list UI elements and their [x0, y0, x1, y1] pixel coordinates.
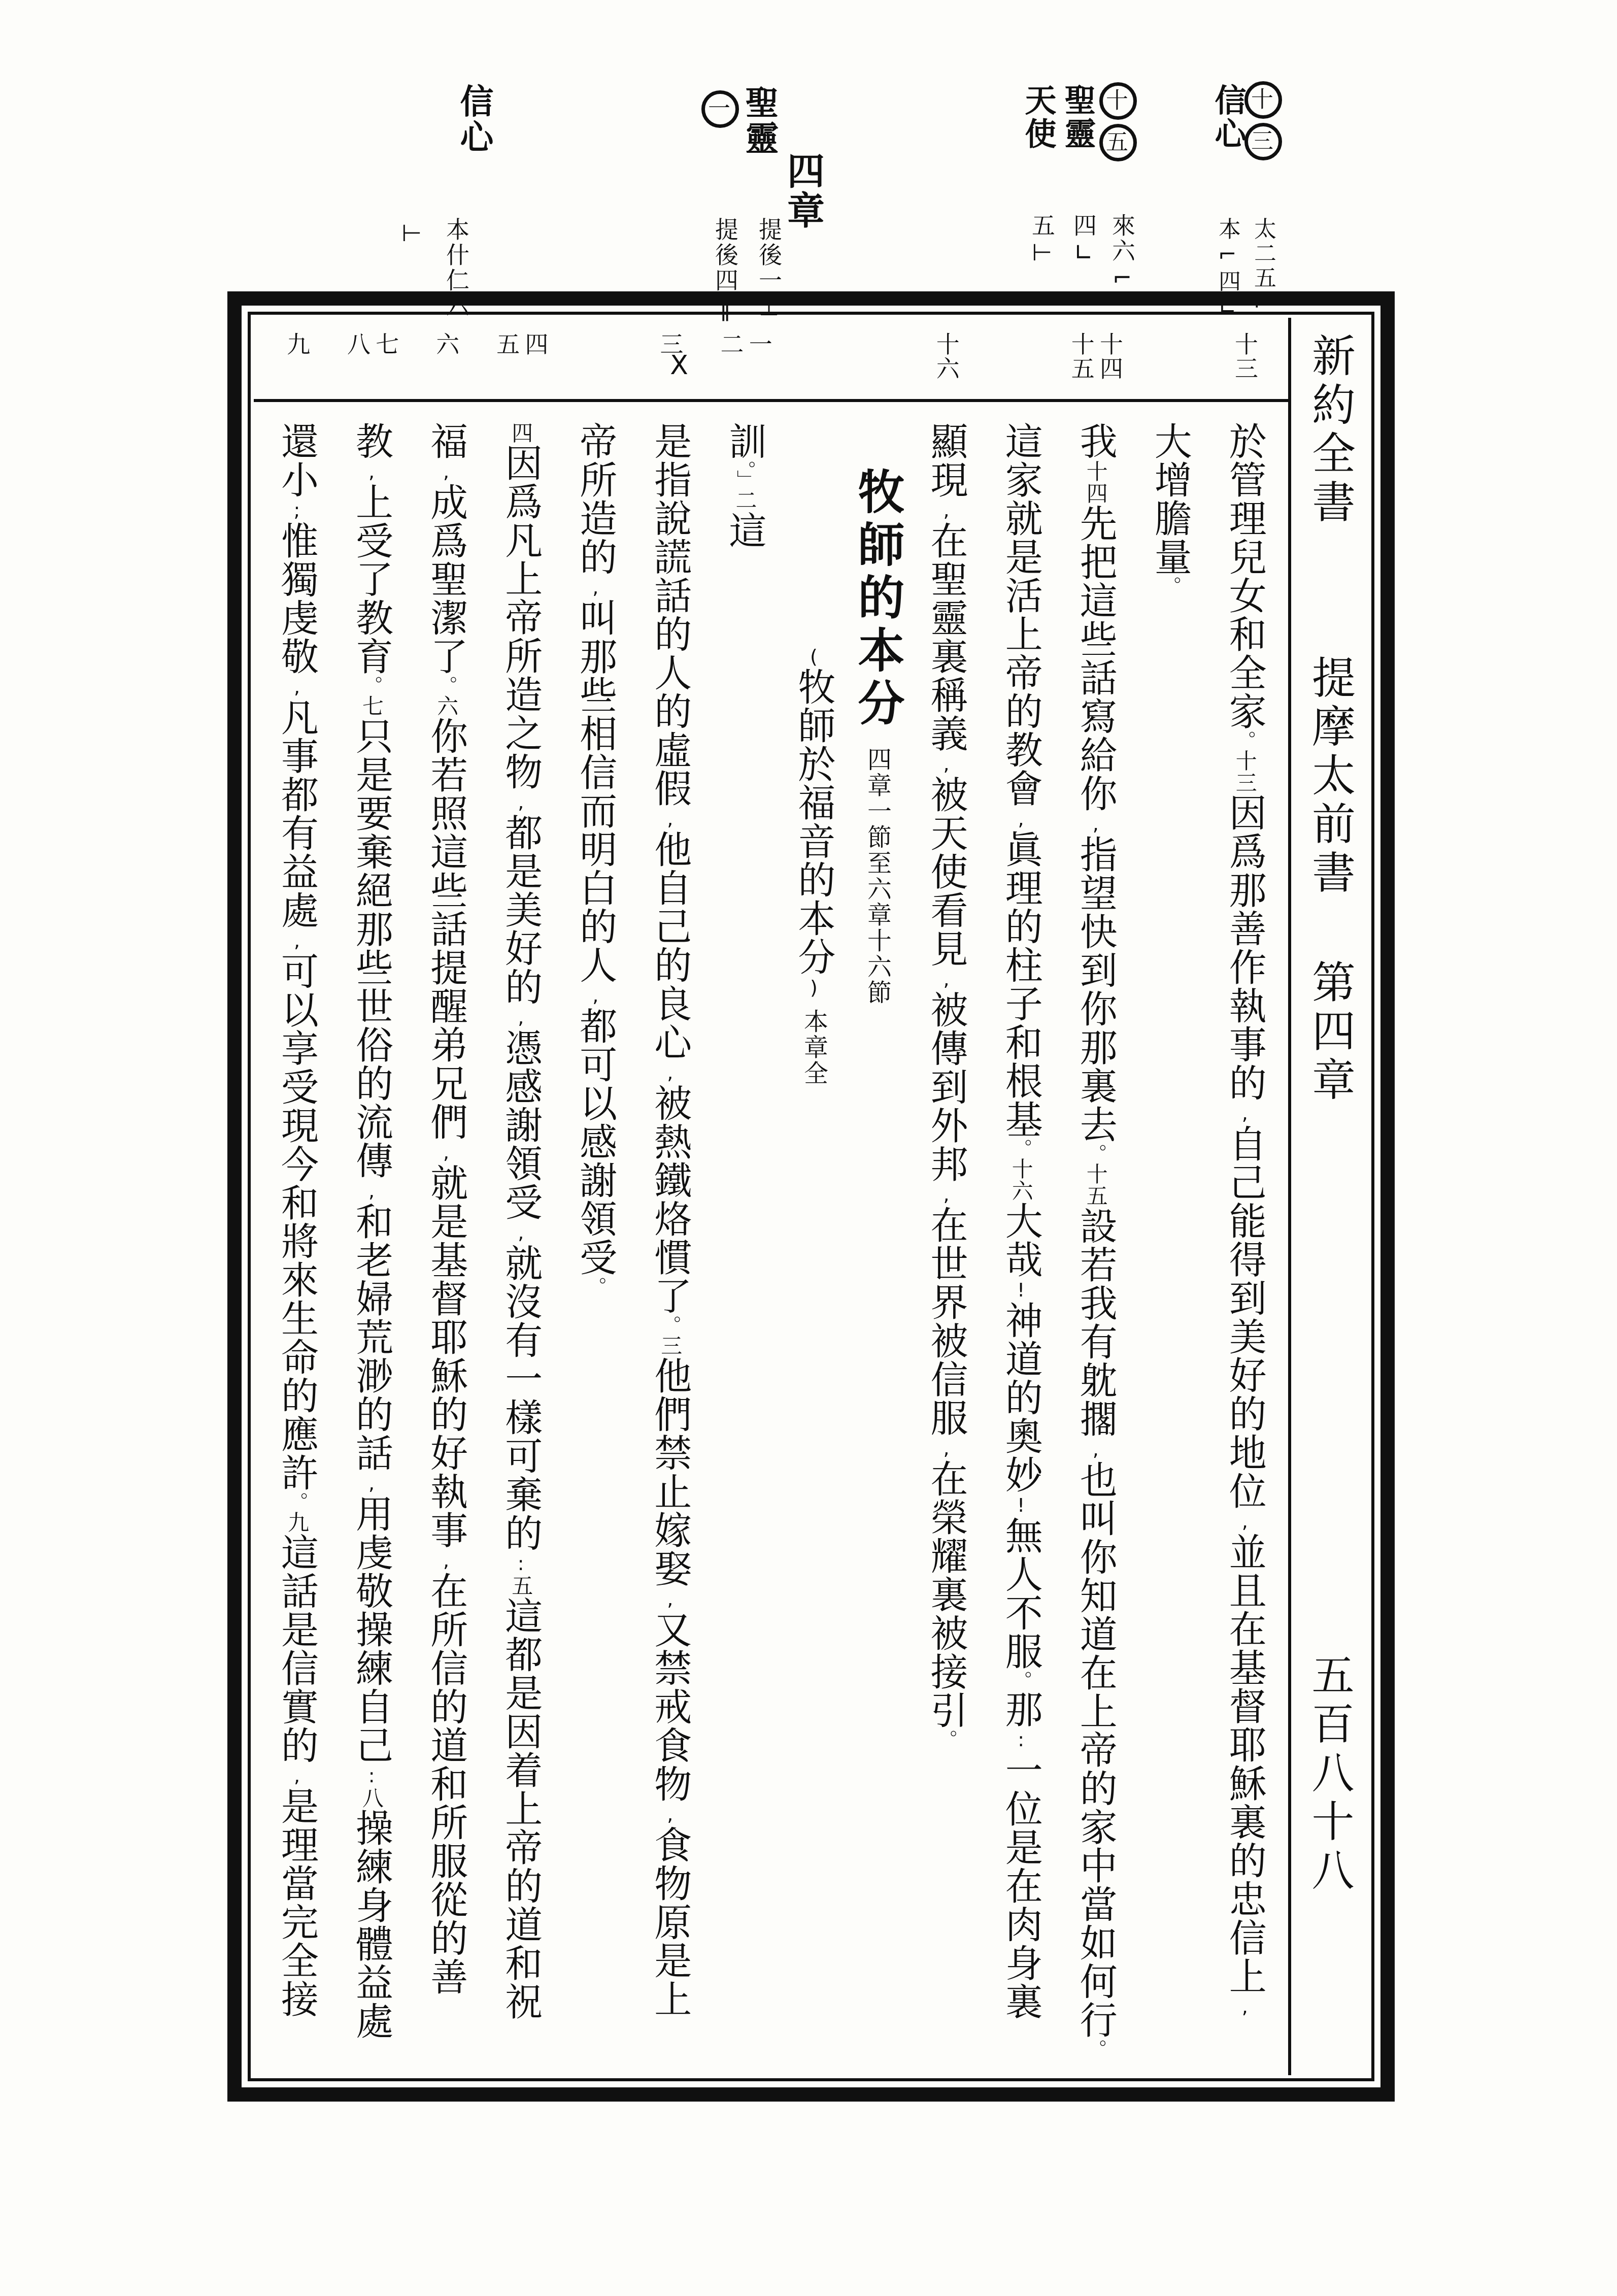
margin-note-circles: 一 [701, 90, 739, 128]
verse-number: 五 [494, 332, 519, 356]
punctuation: 。 [935, 1729, 958, 1749]
verse-marker: 十三 [1233, 750, 1258, 793]
scanned-scripture-page: 信心本什仁六⊢X一提後四‖聖靈提後一⊥四章天使五⊢聖靈四∟十五來六⌐信心本⌐四∟… [0, 0, 1617, 2296]
column-verse5-6: 六福,成爲聖潔了。六你若照這些話提醒弟兄們,就是基督耶穌的好執事,在所信的道和所… [410, 318, 482, 2075]
verse-number: 十六 [934, 332, 958, 381]
punctuation: 。 [286, 1492, 308, 1511]
punctuation: , [584, 576, 607, 598]
margin-note-label: 天使 [1022, 84, 1054, 151]
verse-marker: 四 [509, 422, 533, 444]
punctuation: 」 [733, 470, 756, 489]
punctuation: , [286, 929, 308, 952]
margin-cross-references: 信心本什仁六⊢X一提後四‖聖靈提後一⊥四章天使五⊢聖靈四∟十五來六⌐信心本⌐四∟… [0, 0, 1617, 292]
verse-marker: 六 [434, 695, 459, 717]
column-text: 福,成爲聖潔了。六你若照這些話提醒弟兄們,就是基督耶穌的好執事,在所信的道和所服… [410, 422, 482, 2075]
punctuation: , [360, 460, 383, 483]
column-text: 帝所造的,叫那些相信而明白的人,都可以感謝領受。 [559, 422, 631, 2075]
column-section-heading: 牧師的本分四章一節至六章十六節 [847, 318, 908, 2075]
punctuation: , [1010, 808, 1032, 830]
punctuation: 。 [1085, 1144, 1107, 1163]
punctuation: 。 [1010, 1671, 1032, 1690]
column-verse13: 十三於管理兒女和全家。十三因爲那善作執事的,自己能得到美好的地位,並且在基督耶穌… [1209, 318, 1281, 2075]
margin-note-ref: 五⊢ [1030, 213, 1054, 268]
column-text: 教,上受了教育。七只是要棄絕那些世俗的流傳,和老婦荒渺的話,用虔敬操練自己:八操… [335, 422, 408, 2075]
heading-note: 本章全 [799, 1009, 828, 1086]
spacer [811, 422, 816, 645]
verse-marker: 十四 [1084, 460, 1108, 504]
spacer [811, 999, 816, 1009]
punctuation: , [360, 1180, 383, 1202]
column-verse14-15: 十四十五我十四先把這些話寫給你,指望快到你那裏去。十五設若我有躭擱,也叫你知道在… [1060, 318, 1132, 2075]
verse-marker: 三 [658, 1335, 683, 1356]
scripture-text-area: 十三於管理兒女和全家。十三因爲那善作執事的,自己能得到美好的地位,並且在基督耶穌… [254, 318, 1288, 2075]
punctuation: : [1010, 1728, 1032, 1751]
verse-marker: 八 [359, 1787, 384, 1809]
punctuation: 。 [584, 1277, 607, 1296]
spacer [875, 731, 880, 747]
punctuation: , [935, 1183, 958, 1206]
punctuation: 。 [1085, 2039, 1107, 2058]
punctuation: , [659, 1803, 681, 1825]
margin-note-ref: 四∟ [1072, 213, 1095, 268]
circled-verse-number: 十 [1099, 82, 1137, 120]
page-number: 五百八十八 [1308, 1653, 1351, 1896]
verse-number: 二 [718, 332, 743, 356]
spacer [875, 422, 880, 468]
section-heading: 牧師的本分 [851, 468, 905, 731]
column-text: 顯現,在聖靈裏稱義,被天使看見,被傳到外邦,在世界被信服,在榮耀裏被接引。 [911, 422, 983, 2075]
chapter-title: 第四章 [1304, 959, 1355, 1106]
punctuation: , [510, 791, 532, 813]
column-subsection-heading: (牧師於福音的本分)本章全 [783, 318, 844, 2075]
running-title: 新約全書提摩太前書第四章 [1308, 333, 1352, 1106]
punctuation: , [1234, 1510, 1256, 1533]
verse-number-header: 十三 [1209, 332, 1281, 381]
verse-number: 十五 [1069, 332, 1093, 381]
punctuation: 。 [1159, 576, 1182, 595]
heading-note: 四章一節至六章十六節 [863, 747, 892, 1006]
column-text: 這家就是活上帝的教會,眞理的柱子和根基。十六大哉!神道的奧妙!無人不服。那:一位… [985, 422, 1057, 2075]
verse-marker: 九 [285, 1511, 310, 1533]
verse-number-header: 四五 [485, 332, 557, 356]
punctuation: 。 [733, 460, 756, 470]
column-verse16-end: 十六顯現,在聖靈裏稱義,被天使看見,被傳到外邦,在世界被信服,在榮耀裏被接引。 [911, 318, 983, 2075]
verse-number-header: 九 [261, 332, 333, 356]
punctuation: , [1234, 1102, 1256, 1124]
punctuation: , [510, 1006, 532, 1028]
punctuation: , [435, 460, 457, 483]
verse-number-header: 一二 [709, 332, 781, 356]
punctuation: , [1085, 813, 1107, 835]
verse-number: 一 [747, 332, 771, 356]
margin-note-label: 聖靈 [742, 85, 776, 156]
margin-note-circles: 十五 [1099, 82, 1137, 161]
punctuation: , [935, 753, 958, 775]
punctuation: , [286, 676, 308, 698]
punctuation: , [360, 1472, 383, 1494]
column-verse7-8: 七八教,上受了教育。七只是要棄絕那些世俗的流傳,和老婦荒渺的話,用虔敬操練自己:… [335, 318, 408, 2075]
punctuation: , [1085, 1438, 1107, 1460]
circled-verse-number: 三 [1244, 123, 1282, 160]
verse-number: 六 [434, 332, 458, 356]
punctuation: , [435, 1549, 457, 1572]
verse-marker: 二 [732, 489, 757, 511]
circled-verse-number: 五 [1099, 124, 1137, 161]
margin-note-label: 信心 [1212, 84, 1243, 151]
verse-marker: 五 [509, 1575, 533, 1596]
verse-number: 九 [285, 332, 309, 356]
margin-note-circles: 十三 [1244, 81, 1282, 160]
column-verse13-end: 大增膽量。 [1134, 318, 1206, 2075]
verse-number-header: 十六 [911, 332, 983, 381]
margin-note-label: 聖靈 [1062, 84, 1093, 151]
punctuation: ) [802, 976, 825, 999]
punctuation: 。 [435, 676, 457, 695]
punctuation: 。 [360, 676, 383, 695]
punctuation: : [360, 1765, 383, 1787]
page-frame-inner-rule: 十三於管理兒女和全家。十三因爲那善作執事的,自己能得到美好的地位,並且在基督耶穌… [248, 312, 1374, 2081]
column-text: 我十四先把這些話寫給你,指望快到你那裏去。十五設若我有躭擱,也叫你知道在上帝的家… [1060, 422, 1132, 2075]
column-text: 第四章一但聖靈明說:「後來的時候,必有人背棄信德,聽從那些謬妄的靈,和鬼魔的教訓… [709, 422, 781, 2075]
punctuation: , [659, 1588, 681, 1610]
punctuation: 。 [659, 1315, 681, 1335]
column-verse8-9: 九還小;惟獨虔敬,凡事都有益處,可以享受現今和將來生命的應許。九這話是信實的,是… [261, 318, 333, 2075]
margin-note-label: 信心 [457, 84, 490, 155]
punctuation: 。 [1234, 730, 1256, 750]
column-chapter4-verse1: 一二第四章一但聖靈明說:「後來的時候,必有人背棄信德,聽從那些謬妄的靈,和鬼魔的… [709, 318, 781, 2075]
text-columns: 十三於管理兒女和全家。十三因爲那善作執事的,自己能得到美好的地位,並且在基督耶穌… [254, 318, 1288, 2075]
verse-number: 十三 [1233, 332, 1257, 381]
margin-note-label: 四章 [784, 151, 822, 230]
verse-marker: 十五 [1084, 1163, 1108, 1207]
verse-number-header: 十四十五 [1060, 332, 1132, 381]
punctuation: ! [1010, 1494, 1032, 1516]
verse-number: 七 [374, 332, 398, 356]
title-column: 新約全書提摩太前書第四章 五百八十八 [1291, 318, 1368, 2075]
column-text: 大增膽量。 [1134, 422, 1206, 2075]
punctuation: ! [1010, 1279, 1032, 1301]
column-text: 還小;惟獨虔敬,凡事都有益處,可以享受現今和將來生命的應許。九這話是信實的,是理… [261, 422, 333, 2075]
column-text: 牧師的本分四章一節至六章十六節 [848, 422, 907, 2075]
column-text: 於管理兒女和全家。十三因爲那善作執事的,自己能得到美好的地位,並且在基督耶穌裏的… [1209, 422, 1281, 2075]
page-content: 十三於管理兒女和全家。十三因爲那善作執事的,自己能得到美好的地位,並且在基督耶穌… [254, 318, 1368, 2075]
margin-note-mark: ⊢ [400, 219, 423, 249]
column-text: (牧師於福音的本分)本章全 [784, 422, 844, 2075]
verse-number: 四 [523, 332, 547, 356]
punctuation: : [510, 1552, 532, 1575]
punctuation: , [286, 1765, 308, 1787]
column-verse2-3: 三是指說謊話的人的虛假,他自己的良心,被熱鐵烙慣了。三他們禁止嫁娶,又禁戒食物,… [634, 318, 706, 2075]
column-text: 四因爲凡上帝所造之物,都是美好的,憑感謝領受,就沒有一樣可棄的:五這都是因着上帝… [485, 422, 557, 2075]
punctuation: ( [802, 645, 825, 668]
margin-note-ref: 來六⌐ [1110, 213, 1134, 293]
punctuation: , [510, 1221, 532, 1244]
circled-verse-number: 十 [1244, 81, 1282, 119]
verse-number-header: 三 [634, 332, 706, 356]
column-verse16-start: 這家就是活上帝的教會,眞理的柱子和根基。十六大哉!神道的奧妙!無人不服。那:一位… [985, 318, 1057, 2075]
punctuation: , [935, 499, 958, 521]
punctuation: , [584, 984, 607, 1007]
punctuation: 。 [1010, 1139, 1032, 1158]
punctuation: , [659, 808, 681, 830]
punctuation: , [659, 1061, 681, 1084]
punctuation: , [1234, 1995, 1256, 2018]
verse-number-header: 六 [410, 332, 482, 356]
section-title: 提摩太前書 [1304, 655, 1355, 899]
verse-number: 八 [345, 332, 369, 356]
column-text: 是指說謊話的人的虛假,他自己的良心,被熱鐵烙慣了。三他們禁止嫁娶,又禁戒食物,食… [634, 422, 706, 2075]
verse-marker: 七 [359, 695, 384, 717]
verse-number: 十四 [1098, 332, 1122, 381]
verse-number: 三 [658, 332, 682, 356]
column-verse3-end: 帝所造的,叫那些相信而明白的人,都可以感謝領受。 [559, 318, 631, 2075]
book-title: 新約全書 [1304, 333, 1355, 528]
punctuation: ; [286, 499, 308, 521]
punctuation: , [935, 968, 958, 990]
punctuation: , [935, 1437, 958, 1459]
page-frame: 十三於管理兒女和全家。十三因爲那善作執事的,自己能得到美好的地位,並且在基督耶穌… [227, 291, 1395, 2102]
verse-number-header: 七八 [335, 332, 408, 356]
column-verse4-5: 四五四因爲凡上帝所造之物,都是美好的,憑感謝領受,就沒有一樣可棄的:五這都是因着… [485, 318, 557, 2075]
circled-verse-number: 一 [701, 90, 739, 128]
punctuation: , [435, 1141, 457, 1163]
verse-marker: 十六 [1009, 1158, 1034, 1202]
